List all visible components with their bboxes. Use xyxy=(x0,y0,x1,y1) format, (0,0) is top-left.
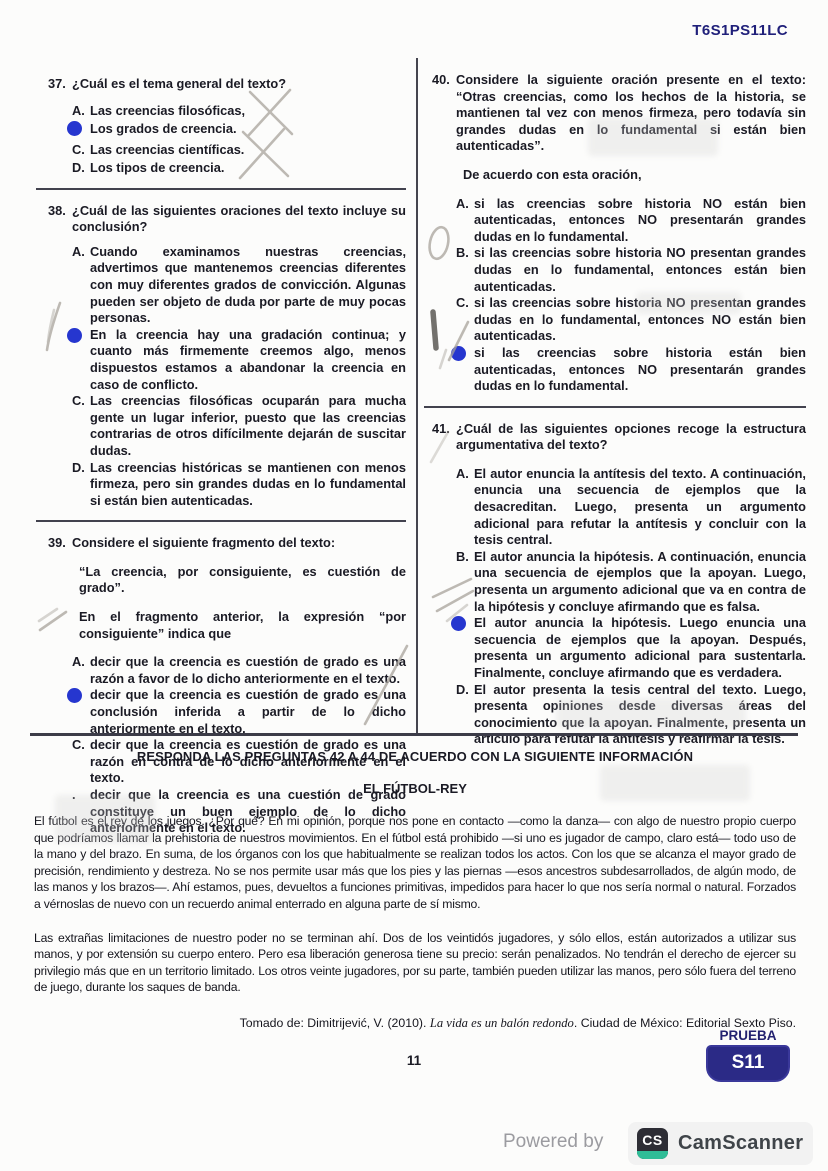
separator-line xyxy=(36,520,406,522)
option-d: D. Los tipos de creencia. xyxy=(72,159,406,177)
question-number: 38. xyxy=(48,203,72,510)
camscanner-name: CamScanner xyxy=(678,1132,803,1155)
option-c-selected: El autor anuncia la hipótesis. Luego enu… xyxy=(456,615,806,681)
question-lead: En el fragmento anterior, la expresión “… xyxy=(79,609,406,642)
option-b-selected: En la creencia hay una gradación continu… xyxy=(72,327,406,393)
options-list: A. Las creencias filosóficas, Los grados… xyxy=(72,102,406,177)
option-a: A. decir que la creencia es cuestión de … xyxy=(72,654,406,687)
scan-smudge xyxy=(588,118,718,156)
selected-answer-dot xyxy=(72,120,90,141)
question-body: ¿Cuál es el tema general del texto? A. L… xyxy=(72,76,406,177)
prueba-label: PRUEBA xyxy=(706,1028,790,1043)
option-text: decir que la creencia es cuestión de gra… xyxy=(90,687,406,737)
question-body: ¿Cuál de las siguientes oraciones del te… xyxy=(72,203,406,510)
option-text: El autor anuncia la hipótesis. Luego enu… xyxy=(474,615,806,681)
option-text: Los tipos de creencia. xyxy=(90,159,406,177)
option-letter: C. xyxy=(456,295,474,345)
option-text: El autor enuncia la antítesis del texto.… xyxy=(474,466,806,549)
option-letter: C. xyxy=(72,393,90,459)
option-a: A. El autor enuncia la antítesis del tex… xyxy=(456,466,806,549)
option-text: Las creencias históricas se mantienen co… xyxy=(90,460,406,510)
option-letter: A. xyxy=(72,244,90,327)
option-text: Las creencias filosóficas, xyxy=(90,102,406,120)
option-letter: B. xyxy=(456,549,474,615)
options-list: A. Cuando examinamos nuestras creencias,… xyxy=(72,244,406,510)
option-letter: A. xyxy=(72,102,90,120)
scan-smudge xyxy=(55,795,155,843)
options-list: A. si las creencias sobre historia NO es… xyxy=(456,196,806,395)
question-number: 40. xyxy=(432,72,456,395)
camscanner-logo-icon: CS xyxy=(637,1128,668,1159)
question-stem: Considere el siguiente fragmento del tex… xyxy=(72,535,406,552)
section-instruction: RESPONDA LAS PREGUNTAS 42 A 44 DE ACUERD… xyxy=(34,749,796,764)
option-c: C. Las creencias filosóficas ocuparán pa… xyxy=(72,393,406,459)
section-divider-line xyxy=(30,733,798,736)
citation-prefix: Tomado de: Dimitrijević, V. (2010). xyxy=(240,1016,430,1030)
column-divider xyxy=(416,58,418,736)
prueba-code-badge: S11 xyxy=(706,1045,790,1082)
question-number: 41. xyxy=(432,421,456,748)
page-number: 11 xyxy=(0,1053,828,1068)
question-stem: ¿Cuál es el tema general del texto? xyxy=(72,76,406,93)
question-stem: ¿Cuál de las siguientes opciones recoge … xyxy=(456,421,806,454)
document-code: T6S1PS11LC xyxy=(692,22,788,39)
passage-paragraph-2: Las extrañas limitaciones de nuestro pod… xyxy=(34,930,796,996)
scan-smudge xyxy=(636,292,741,314)
option-text: Las creencias filosóficas ocuparán para … xyxy=(90,393,406,459)
quoted-fragment: “La creencia, por consiguiente, es cuest… xyxy=(79,564,406,597)
scan-smudge xyxy=(556,698,746,728)
option-d-selected: si las creencias sobre historia están bi… xyxy=(456,345,806,395)
separator-line xyxy=(424,406,806,408)
option-a: A. si las creencias sobre historia NO es… xyxy=(456,196,806,246)
option-text: El autor anuncia la hipótesis. A continu… xyxy=(474,549,806,615)
separator-line xyxy=(36,188,406,190)
option-letter: A. xyxy=(456,196,474,246)
question-stem: ¿Cuál de las siguientes oraciones del te… xyxy=(72,203,406,236)
powered-by-text: Powered by xyxy=(503,1131,603,1153)
option-c: C. si las creencias sobre historia NO pr… xyxy=(456,295,806,345)
left-column: 37. ¿Cuál es el tema general del texto? … xyxy=(48,76,406,837)
selected-answer-dot xyxy=(456,615,474,681)
option-d: D. Las creencias históricas se mantienen… xyxy=(72,460,406,510)
option-letter: A. xyxy=(72,654,90,687)
question-lead: De acuerdo con esta oración, xyxy=(463,167,806,184)
selected-answer-dot xyxy=(72,327,90,393)
option-text: Las creencias científicas. xyxy=(90,141,406,159)
question-38: 38. ¿Cuál de las siguientes oraciones de… xyxy=(48,203,406,510)
option-letter: D. xyxy=(72,460,90,510)
option-b-selected: decir que la creencia es cuestión de gra… xyxy=(72,687,406,737)
option-letter: B. xyxy=(456,245,474,295)
option-letter: D. xyxy=(72,159,90,177)
option-text: si las creencias sobre historia NO están… xyxy=(474,196,806,246)
camscanner-badge: CS CamScanner xyxy=(628,1122,813,1165)
selected-answer-dot xyxy=(456,345,474,395)
question-37: 37. ¿Cuál es el tema general del texto? … xyxy=(48,76,406,177)
selected-answer-dot xyxy=(72,687,90,737)
option-text: Los grados de creencia. xyxy=(90,120,406,141)
option-text: decir que la creencia es cuestión de gra… xyxy=(90,654,406,687)
option-a: A. Las creencias filosóficas, xyxy=(72,102,406,120)
option-text: si las creencias sobre historia NO prese… xyxy=(474,245,806,295)
right-column: 40. Considere la siguiente oración prese… xyxy=(432,72,806,748)
option-letter: A. xyxy=(456,466,474,549)
option-a: A. Cuando examinamos nuestras creencias,… xyxy=(72,244,406,327)
camscanner-logo-letters: CS xyxy=(637,1132,668,1148)
option-b-selected: Los grados de creencia. xyxy=(72,120,406,141)
option-letter: C. xyxy=(72,141,90,159)
scanned-exam-page: T6S1PS11LC 37. ¿Cuál es el tema general … xyxy=(0,0,828,1171)
option-text: si las creencias sobre historia están bi… xyxy=(474,345,806,395)
option-b: B. si las creencias sobre historia NO pr… xyxy=(456,245,806,295)
citation-book-title: La vida es un balón redondo xyxy=(430,1016,574,1030)
scan-smudge xyxy=(600,765,750,801)
option-text: Cuando examinamos nuestras creencias, ad… xyxy=(90,244,406,327)
source-citation: Tomado de: Dimitrijević, V. (2010). La v… xyxy=(34,1016,796,1031)
option-text: En la creencia hay una gradación continu… xyxy=(90,327,406,393)
option-letter: D. xyxy=(456,682,474,748)
option-c: C. Las creencias científicas. xyxy=(72,141,406,159)
prueba-badge-group: PRUEBA S11 xyxy=(706,1028,790,1082)
option-b: B. El autor anuncia la hipótesis. A cont… xyxy=(456,549,806,615)
